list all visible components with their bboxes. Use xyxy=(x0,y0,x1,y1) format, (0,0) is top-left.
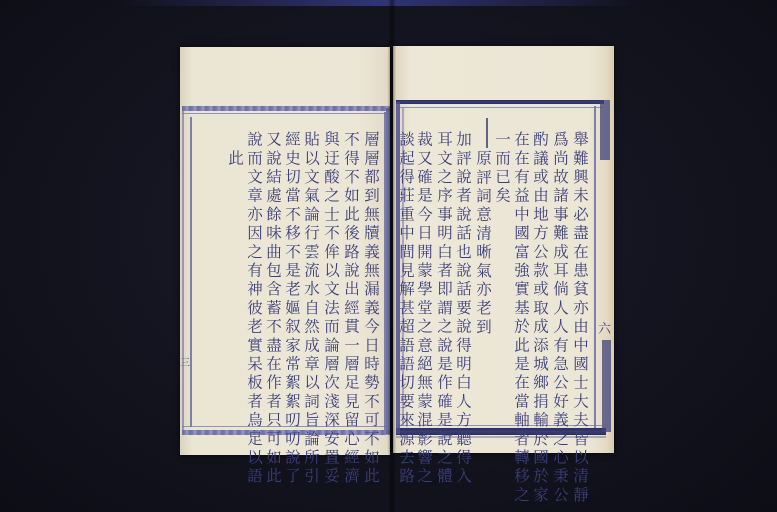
right-page-frame-top xyxy=(396,100,604,104)
right-page-column-1: 舉難興未必盡在患貧亦由中國士大夫皆以清靜 xyxy=(571,131,589,505)
right-page-fishtail-mark-top xyxy=(600,100,610,160)
right-page-fishtail-mark-bottom xyxy=(602,340,611,432)
book-spine-fold xyxy=(388,0,396,512)
right-page-column-10: 談起得莊重中間見解甚超語語切要來源去路 xyxy=(397,131,415,486)
left-page-frame-inner-left xyxy=(190,117,192,427)
left-page-column-8: 此 xyxy=(226,150,244,169)
right-page-column-2: 爲尚故諸事難成耳倘人人有急公好義之心秉公 xyxy=(551,131,569,505)
left-page-column-2: 不得不如此後路說出經貫一層足見留心經濟 xyxy=(342,131,360,486)
right-page-column-7: 加評說者說話也說話要說得明白人方聽得入 xyxy=(454,131,472,486)
right-page-column-6: 原評詞意清晰氣亦老到 xyxy=(474,150,492,337)
left-page-frame-top xyxy=(182,106,390,111)
left-page-frame-top-inner xyxy=(182,113,388,114)
left-page-column-3: 與迂酸之士不侔以文法而論層次淺深安置妥 xyxy=(322,131,340,486)
right-page-column-3: 酌議或由地方公款或取成添城鄉捐輸於國於家 xyxy=(531,131,549,505)
left-page-frame-outer-left xyxy=(182,108,184,435)
left-page-column-1: 層層都到無牘義無漏義今日時勢不可不如此 xyxy=(362,131,380,486)
right-page-column-5: 一而已矣 xyxy=(493,131,511,206)
left-page-column-4: 貼以文氣論行雲流水自然成章以詞旨論所引 xyxy=(302,131,320,486)
right-page-frame-inner-right xyxy=(594,106,596,428)
background-glow xyxy=(120,0,640,6)
left-page-column-5: 經史切當不移不是老嫗叙家常絮絮叨叨說了 xyxy=(283,131,301,486)
left-page-folio-mark: 三 xyxy=(180,354,190,369)
right-page-folio-mark: 六 xyxy=(598,318,611,337)
right-page-frame-top-inner xyxy=(398,107,602,108)
left-page-column-6: 又說結處餘味曲包含蓄不盡在作者只可如此 xyxy=(264,131,282,486)
right-page-column-8: 耳文之序事明白者即謂之說是作確是說之體 xyxy=(435,131,453,486)
right-page-column-9: 裁又確是今日開蒙學堂之意絕無蒙混影響之 xyxy=(415,131,433,486)
left-page-column-7: 說而文章亦因之有神彼老實呆板者烏足以語 xyxy=(245,131,263,486)
right-page-ink-stroke xyxy=(486,118,488,148)
right-page-column-4: 在在有益中國富強實基於此是在當軸者轉移之 xyxy=(512,131,530,505)
